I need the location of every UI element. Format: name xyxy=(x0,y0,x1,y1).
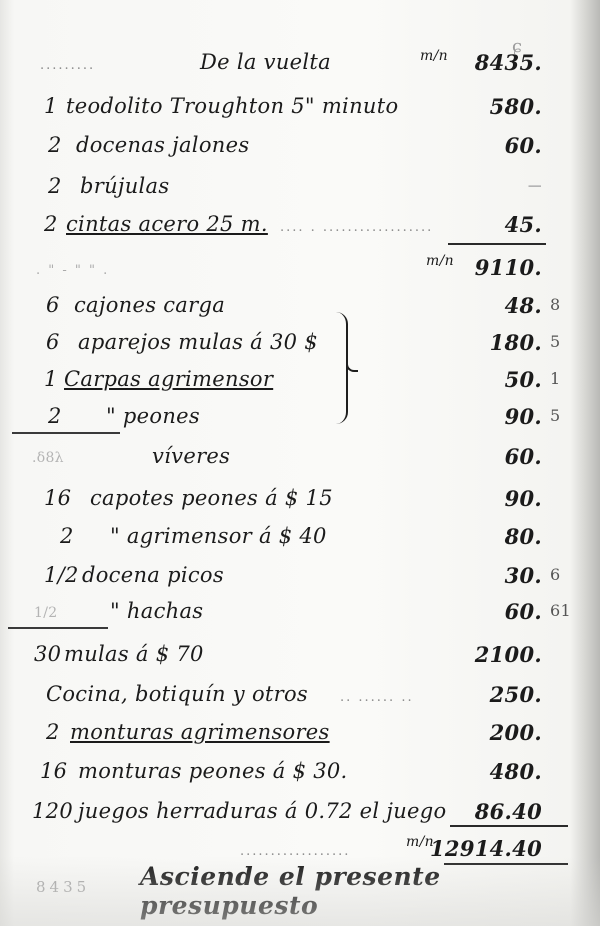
item-amount: 90. xyxy=(505,486,542,511)
item-desc: monturas agrimensores xyxy=(70,720,330,744)
item-amount: 60. xyxy=(505,133,542,158)
line-item: 2 monturas agrimensores 200. xyxy=(0,720,600,754)
item-qty: 30 xyxy=(34,642,61,666)
item-amount: 86.40 xyxy=(475,799,542,824)
item-qty: 2 xyxy=(46,720,60,744)
item-amount: 48. xyxy=(505,293,542,318)
line-item: Cocina, botiquín y otros .. ...... .. 25… xyxy=(0,682,600,716)
item-amount-obscured: — xyxy=(528,178,542,194)
line-item: .δ8λ víveres 60. xyxy=(0,444,600,478)
scanned-page: ......... De la vuelta m/n 8435. 1 teodo… xyxy=(0,0,600,926)
bleedthrough-number: 8435 xyxy=(36,878,90,896)
margin-note: 5 xyxy=(550,406,560,425)
item-desc: Cocina, botiquín y otros xyxy=(46,682,308,706)
total-rule-bottom xyxy=(444,863,568,865)
subtotal-amount: 9110. xyxy=(475,255,542,280)
line-item: 2 brújulas — xyxy=(0,174,600,208)
item-qty: 16 xyxy=(40,759,67,783)
line-item: 6 aparejos mulas á 30 $ 180. 5 xyxy=(0,330,600,364)
line-item: 120 juegos herraduras á 0.72 el juego 86… xyxy=(0,799,600,833)
item-qty: 120 xyxy=(32,799,73,823)
item-amount: 250. xyxy=(490,682,542,707)
leader-dots: ......... xyxy=(40,58,95,73)
item-amount: 580. xyxy=(490,94,542,119)
item-amount: 80. xyxy=(505,524,542,549)
line-item: 2 docenas jalones 60. xyxy=(0,133,600,167)
margin-note: 8 xyxy=(550,295,560,314)
item-amount: 200. xyxy=(490,720,542,745)
item-desc: monturas peones á $ 30. xyxy=(78,759,348,783)
line-item: 16 capotes peones á $ 15 90. xyxy=(0,486,600,520)
item-qty: 1 xyxy=(44,367,58,391)
item-qty: 2 xyxy=(44,212,58,236)
carried-forward-label: De la vuelta xyxy=(200,50,331,74)
closing-line: Asciende el presente presupuesto xyxy=(140,862,600,920)
item-desc: teodolito Troughton 5" minuto xyxy=(66,94,398,118)
carried-forward-amount: 8435. xyxy=(475,50,542,75)
item-qty: 2 xyxy=(60,524,74,548)
item-desc: aparejos mulas á 30 $ xyxy=(78,330,318,354)
item-amount: 50. xyxy=(505,367,542,392)
item-qty: 2 xyxy=(48,174,62,198)
item-desc: cajones carga xyxy=(74,293,225,317)
item-desc: Carpas agrimensor xyxy=(64,367,273,391)
item-desc: capotes peones á $ 15 xyxy=(90,486,333,510)
line-item: 30 mulas á $ 70 2100. xyxy=(0,642,600,676)
line-item: 1 teodolito Troughton 5" minuto 580. xyxy=(0,94,600,128)
margin-bleedthrough: .δ8λ xyxy=(32,450,64,466)
item-amount: 60. xyxy=(505,599,542,624)
item-desc: docenas jalones xyxy=(76,133,249,157)
item-desc: juegos herraduras á 0.72 el juego xyxy=(78,799,446,823)
item-qty: 1 xyxy=(44,94,58,118)
item-qty: 1/2 xyxy=(34,605,57,621)
item-amount: 90. xyxy=(505,404,542,429)
currency-abbrev: m/n xyxy=(420,50,448,62)
item-amount: 180. xyxy=(490,330,542,355)
leader-dots: .. ...... .. xyxy=(340,690,414,705)
item-qty: 16 xyxy=(44,486,71,510)
ditto-marks: . " - " " . xyxy=(36,263,109,278)
item-desc: víveres xyxy=(152,444,230,468)
item-amount: 30. xyxy=(505,563,542,588)
margin-note: 5 xyxy=(550,332,560,351)
section-rule xyxy=(12,432,120,434)
item-amount: 60. xyxy=(505,444,542,469)
item-desc: cintas acero 25 m. xyxy=(66,212,268,236)
leader-dots: .... . .................. xyxy=(280,220,433,235)
corner-mark: ɕ xyxy=(512,36,522,57)
section-rule xyxy=(8,627,108,629)
leader-dots: .................. xyxy=(240,844,350,859)
item-desc: docena picos xyxy=(82,563,224,587)
line-item: 1/2 docena picos 30. 6 xyxy=(0,563,600,597)
item-amount: 480. xyxy=(490,759,542,784)
item-desc: " hachas xyxy=(110,599,203,623)
item-desc: " agrimensor á $ 40 xyxy=(110,524,327,548)
item-amount: 45. xyxy=(505,212,542,237)
item-desc: " peones xyxy=(106,404,200,428)
margin-note: 6 xyxy=(550,565,560,584)
item-qty: 1/2 xyxy=(44,563,79,587)
item-qty: 6 xyxy=(46,293,60,317)
carried-forward-row: ......... De la vuelta m/n 8435. xyxy=(0,50,600,84)
subtotal-row: . " - " " . m/n 9110. xyxy=(0,255,600,289)
margin-note: 61 xyxy=(550,601,571,620)
total-amount: 12914.40 xyxy=(430,836,542,861)
margin-note: 1 xyxy=(550,369,560,388)
line-item: 2 " agrimensor á $ 40 80. xyxy=(0,524,600,558)
line-item: 16 monturas peones á $ 30. 480. xyxy=(0,759,600,793)
item-qty: 6 xyxy=(46,330,60,354)
item-amount: 2100. xyxy=(475,642,542,667)
line-item: 2 cintas acero 25 m. .... . ............… xyxy=(0,212,600,246)
total-rule-top xyxy=(450,825,568,827)
line-item: 6 cajones carga 48. 8 xyxy=(0,293,600,327)
item-desc: mulas á $ 70 xyxy=(64,642,204,666)
subtotal-rule xyxy=(448,243,546,245)
item-qty: 2 xyxy=(48,133,62,157)
line-item: 1 Carpas agrimensor 50. 1 xyxy=(0,367,600,401)
total-row: .................. m/n 12914.40 xyxy=(0,836,600,870)
currency-abbrev: m/n xyxy=(426,255,454,267)
item-desc: brújulas xyxy=(80,174,169,198)
item-qty: 2 xyxy=(48,404,62,428)
